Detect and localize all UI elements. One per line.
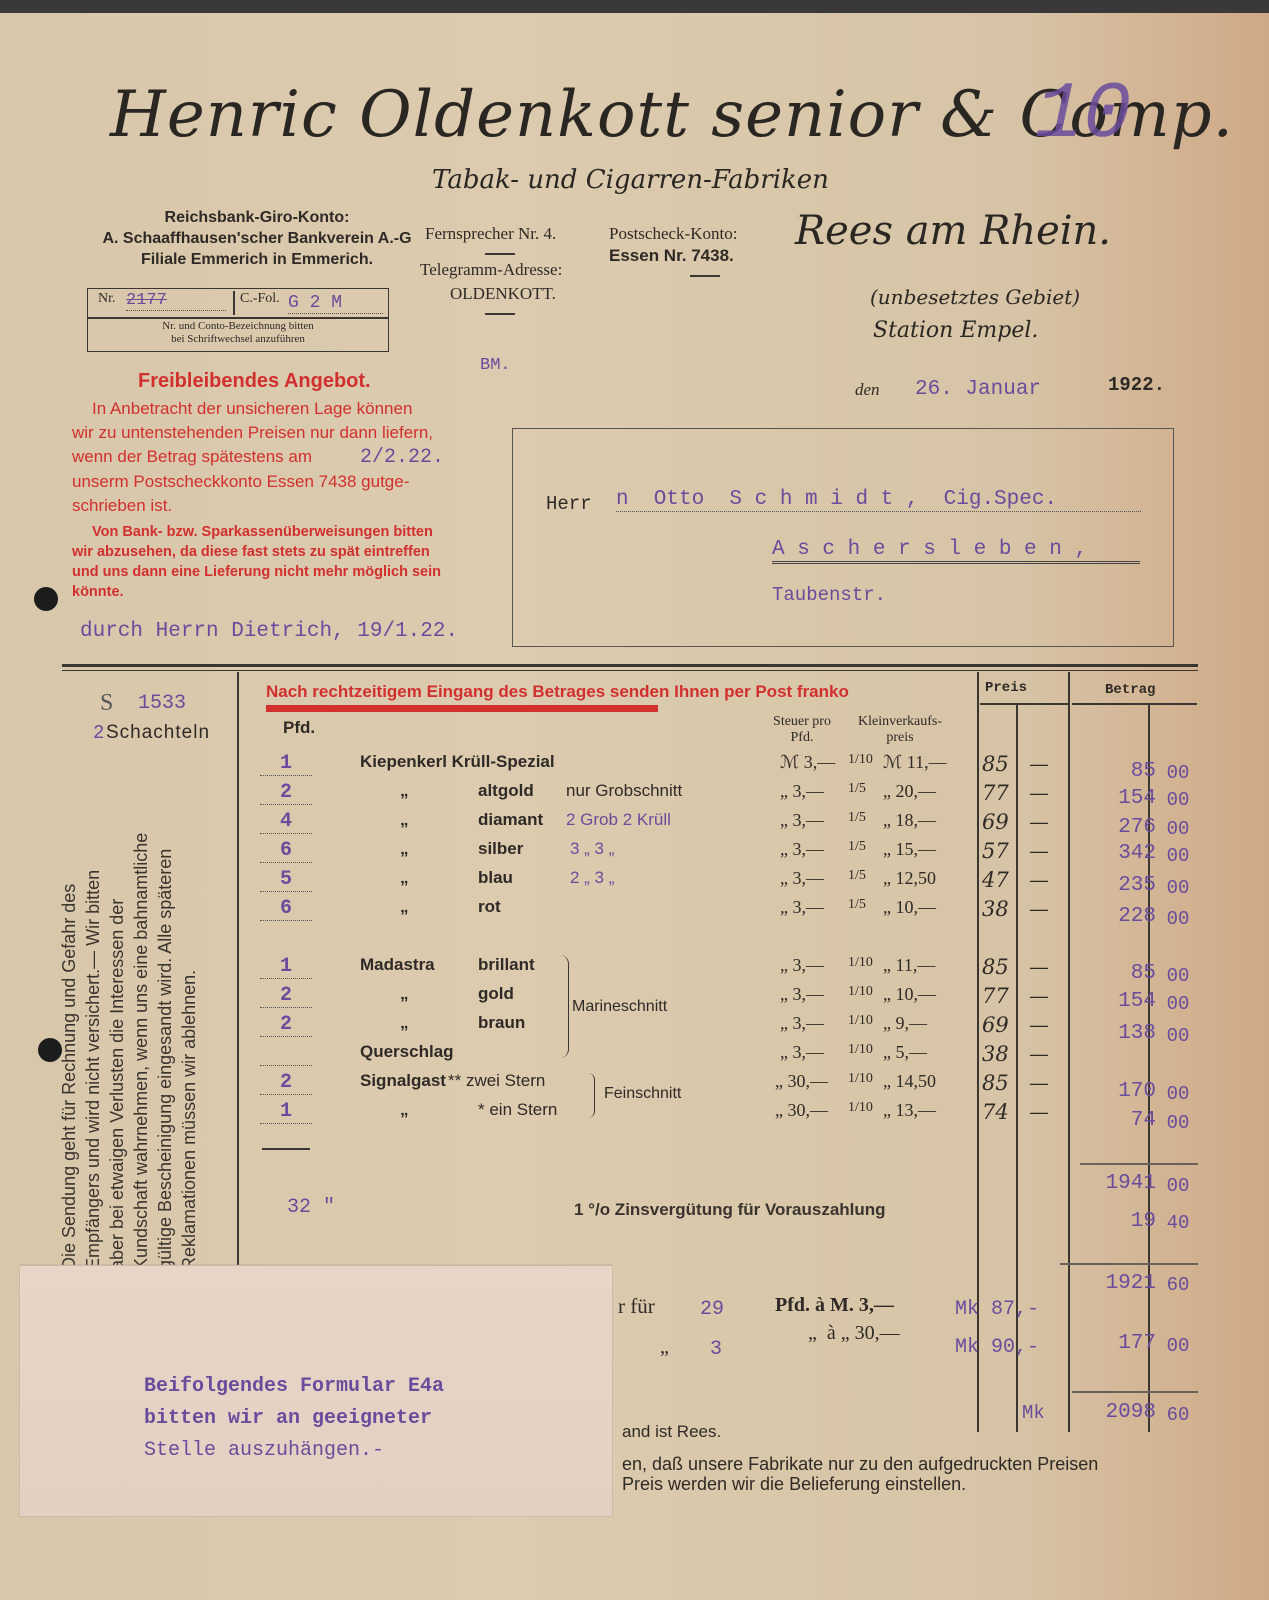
line-amount: 276 <box>1070 816 1156 839</box>
steuer: „ 3,— <box>780 1013 824 1034</box>
variant: brillant <box>478 955 535 975</box>
clerk-initials: BM. <box>480 356 511 375</box>
table-row: 1 „ * ein Stern „ 30,— 1/10 „ 13,— <box>260 1100 980 1126</box>
product: Querschlag <box>360 1042 454 1062</box>
discount-amount: 19 <box>1070 1210 1156 1233</box>
steuer: „ 3,— <box>780 1042 824 1063</box>
ditto: „ <box>400 984 409 1004</box>
line-amount-pf: 00 <box>1156 1083 1200 1105</box>
date-year: 1922. <box>1108 374 1165 396</box>
note-line: Von Bank- bzw. Sparkassenüberweisungen b… <box>72 522 504 542</box>
shipping-terms-sidebar: Die Sendung geht für Rechnung und Gefahr… <box>57 830 202 1270</box>
variant: altgold <box>478 781 534 801</box>
column-divider <box>237 672 239 1272</box>
col-pfd: Pfd. <box>283 718 315 738</box>
pack-size: 1/10 <box>848 1100 873 1116</box>
tax-line2-rate: „ à „ 30,— <box>808 1322 900 1345</box>
retail-price: „ 10,— <box>883 984 936 1005</box>
net-rule <box>1060 1263 1198 1265</box>
price-cents: — <box>1030 783 1050 804</box>
line-amount: 85 <box>1070 962 1156 985</box>
package-label: Schachteln <box>106 722 210 744</box>
unit-price: 74 <box>982 1100 1022 1124</box>
line-amount-pf: 00 <box>1156 762 1200 784</box>
divider <box>485 313 515 315</box>
ditto: „ <box>400 839 409 859</box>
unit-price: 77 <box>982 984 1022 1008</box>
retail-price: „ 5,— <box>883 1042 927 1063</box>
cfol-label: C.-Fol. <box>240 291 280 307</box>
steuer: „ 3,— <box>780 810 824 831</box>
retail-price: „ 13,— <box>883 1100 936 1121</box>
s-number: 1533 <box>138 692 186 715</box>
tax-line1-rate: Pfd. à M. 3,— <box>775 1294 894 1317</box>
bank-info: Reichsbank-Giro-Konto: A. Schaaffhausen'… <box>92 207 422 270</box>
price-cents: — <box>1030 1102 1050 1123</box>
qty-total-rule <box>262 1148 310 1150</box>
telegram-label: Telegramm-Adresse: <box>420 260 562 280</box>
price-cents: — <box>1030 870 1050 891</box>
station: Station Empel. <box>873 318 1038 343</box>
offer-conditions: In Anbetracht der unsicheren Lage können… <box>72 397 504 518</box>
table-top-rule <box>62 664 1198 667</box>
product: Signalgast <box>360 1071 446 1091</box>
ditto: „ <box>400 1100 409 1120</box>
detail: 2 Grob 2 Krüll <box>566 810 671 830</box>
qty: 1 <box>260 955 312 979</box>
col-preis: Preis <box>985 680 1027 696</box>
steuer: „ 3,— <box>780 955 824 976</box>
postcheck-label: Postscheck-Konto: <box>609 224 737 244</box>
line-amount: 342 <box>1070 842 1156 865</box>
table-row: 2 „ braun „ 3,— 1/10 „ 9,— <box>260 1013 980 1039</box>
tax-line2-prefix: „ <box>660 1336 669 1359</box>
note-line: Beifolgendes Formular E4a <box>144 1371 444 1403</box>
recipient-city: A s c h e r s l e b e n , <box>772 538 1140 564</box>
pack-size: 1/5 <box>848 897 866 913</box>
telegram-address: OLDENKOTT. <box>450 284 556 304</box>
col-betrag: Betrag <box>1105 682 1155 698</box>
recipient-name: n Otto S c h m i d t , Cig.Spec. <box>616 488 1141 512</box>
price-cents: — <box>1030 1015 1050 1036</box>
nr-value: 2177 <box>126 291 226 311</box>
table-row: Querschlag „ 3,— 1/10 „ 5,— <box>260 1042 980 1068</box>
unit-price: 77 <box>982 781 1022 805</box>
pack-size: 1/5 <box>848 868 866 884</box>
price-cents: — <box>1030 754 1050 775</box>
unit-price: 57 <box>982 839 1022 863</box>
variant: * ein Stern <box>478 1100 557 1120</box>
table-row: 4 „ diamant 2 Grob 2 Krüll „ 3,— 1/5 „ 1… <box>260 810 980 836</box>
unit-price: 69 <box>982 1013 1022 1037</box>
line-amount: 154 <box>1070 990 1156 1013</box>
variant: blau <box>478 868 513 888</box>
qty: 1 <box>260 752 312 776</box>
note-line: wir abzusehen, da diese fast stets zu sp… <box>72 542 504 562</box>
tax-line1-amount: Mk 87,- <box>955 1298 1039 1321</box>
product: Madastra <box>360 955 435 975</box>
qty: 5 <box>260 868 312 892</box>
line-amount-pf: 00 <box>1156 877 1200 899</box>
product: Kiepenkerl Krüll-Spezial <box>360 752 555 772</box>
line-amount-pf: 00 <box>1156 818 1200 840</box>
table-row: 1 Madastra brillant „ 3,— 1/10 „ 11,— <box>260 955 980 981</box>
footer-line1: and ist Rees. <box>622 1422 721 1442</box>
table-row: 6 „ rot „ 3,— 1/5 „ 10,— <box>260 897 980 923</box>
pack-size: 1/5 <box>848 810 866 826</box>
line-amount-pf: 00 <box>1156 993 1200 1015</box>
instruction-line1: Nr. und Conto-Bezeichnung bitten <box>88 320 388 333</box>
net-pf: 60 <box>1156 1274 1200 1296</box>
divider <box>690 275 720 277</box>
price-cents: — <box>1030 1073 1050 1094</box>
line-amount-pf: 00 <box>1156 789 1200 811</box>
detail: nur Grobschnitt <box>566 781 682 801</box>
tax-total-pf: 00 <box>1156 1335 1200 1357</box>
red-underline <box>266 705 658 712</box>
steuer: „ 3,— <box>780 897 824 918</box>
retail-price: „ 14,50 <box>883 1071 936 1092</box>
scan-border <box>0 0 1269 13</box>
retail-price: ℳ 11,— <box>883 752 947 773</box>
header-rule <box>980 703 1068 705</box>
bank-transfer-note: Von Bank- bzw. Sparkassenüberweisungen b… <box>72 522 504 602</box>
area-note: (unbesetztes Gebiet) <box>870 285 1080 309</box>
recipient-street: Taubenstr. <box>772 584 886 606</box>
unit-price: 85 <box>982 955 1022 979</box>
divider <box>88 317 388 319</box>
date-prefix: den <box>855 380 880 400</box>
note-line: und uns dann eine Lieferung nicht mehr m… <box>72 562 504 582</box>
unit-price: 38 <box>982 1042 1022 1066</box>
city: Rees am Rhein. <box>795 208 1111 254</box>
grand-total-rule <box>1072 1391 1198 1393</box>
tax-line2-qty: 3 <box>710 1338 722 1361</box>
reference-instruction: Nr. und Conto-Bezeichnung bitten bei Sch… <box>88 320 388 346</box>
grand-total-pf: 60 <box>1156 1404 1200 1426</box>
discount-pf: 40 <box>1156 1212 1200 1234</box>
grand-total: 2098 <box>1070 1401 1156 1424</box>
ditto: „ <box>400 781 409 801</box>
pack-size: 1/10 <box>848 1013 873 1029</box>
net-amount: 1921 <box>1070 1272 1156 1295</box>
variant: braun <box>478 1013 525 1033</box>
retail-price: „ 12,50 <box>883 868 936 889</box>
nr-label: Nr. <box>98 291 116 307</box>
package-count: 2 <box>93 722 104 744</box>
ditto: „ <box>400 810 409 830</box>
line-amount: 74 <box>1070 1109 1156 1132</box>
pack-size: 1/5 <box>848 839 866 855</box>
bank-label: Reichsbank-Giro-Konto: <box>92 207 422 228</box>
price-cents: — <box>1030 1044 1050 1065</box>
table-row: 1 Kiepenkerl Krüll-Spezial ℳ 3,— 1/10 ℳ … <box>260 752 980 778</box>
discount-label: 1 °/o Zinsvergütung für Vorauszahlung <box>574 1200 886 1220</box>
price-cents: — <box>1030 899 1050 920</box>
qty: 2 <box>260 1071 312 1095</box>
pack-size: 1/10 <box>848 1071 873 1087</box>
salutation: Herr <box>546 493 592 515</box>
note-line: Stelle auszuhängen.- <box>144 1435 444 1467</box>
header-rule <box>1072 703 1197 705</box>
bank-line1: A. Schaaffhausen'scher Bankverein A.-G <box>92 228 422 249</box>
company-subtitle: Tabak- und Cigarren-Fabriken <box>432 165 829 195</box>
ditto: „ <box>400 897 409 917</box>
footer-line2: en, daß unsere Fabrikate nur zu den aufg… <box>622 1454 1098 1475</box>
variant: rot <box>478 897 501 917</box>
divider <box>485 253 515 255</box>
price-cents: — <box>1030 841 1050 862</box>
retail-price: „ 9,— <box>883 1013 927 1034</box>
detail: 2 „ 3 „ <box>570 868 614 888</box>
offer-line: wir zu untenstehenden Preisen nur dann l… <box>72 421 504 445</box>
tax-line2-amount: Mk 90,- <box>955 1336 1039 1359</box>
column-divider <box>1148 705 1150 1432</box>
divider <box>233 291 235 315</box>
date-day-month: 26. Januar <box>915 378 1041 401</box>
phone: Fernsprecher Nr. 4. <box>425 224 556 244</box>
table-row: 2 „ altgold nur Grobschnitt „ 3,— 1/5 „ … <box>260 781 980 807</box>
col-kleinverkaufspreis: Kleinverkaufs- preis <box>845 714 955 746</box>
variant: silber <box>478 839 523 859</box>
steuer: „ 30,— <box>775 1100 828 1121</box>
pack-size: 1/10 <box>848 752 873 768</box>
variant: gold <box>478 984 514 1004</box>
detail: 3 „ 3 „ <box>570 839 614 859</box>
shipping-terms-text: Die Sendung geht für Rechnung und Gefahr… <box>57 830 201 1270</box>
line-amount-pf: 00 <box>1156 1025 1200 1047</box>
price-cents: — <box>1030 986 1050 1007</box>
qty: 4 <box>260 810 312 834</box>
line-amount: 235 <box>1070 874 1156 897</box>
steuer: „ 3,— <box>780 781 824 802</box>
total-quantity: 32 " <box>287 1196 335 1219</box>
qty: 2 <box>260 984 312 1008</box>
pack-size: 1/10 <box>848 1042 873 1058</box>
variant: ** zwei Stern <box>448 1071 545 1091</box>
note-line: bitten wir an geeigneter <box>144 1403 444 1435</box>
offer-line: schrieben ist. <box>72 494 504 518</box>
brace <box>560 955 569 1058</box>
price-cents: — <box>1030 812 1050 833</box>
subtotal-rule <box>1080 1163 1198 1165</box>
attached-note-text: Beifolgendes Formular E4a bitten wir an … <box>144 1371 444 1467</box>
unit-price: 38 <box>982 897 1022 921</box>
payment-deadline: 2/2.22. <box>360 446 444 469</box>
shipping-note: Nach rechtzeitigem Eingang des Betrages … <box>266 682 849 702</box>
line-amount-pf: 00 <box>1156 1112 1200 1134</box>
steuer: „ 30,— <box>775 1071 828 1092</box>
table-top-rule <box>62 670 1198 671</box>
ditto: „ <box>400 1013 409 1033</box>
unit-price: 85 <box>982 752 1022 776</box>
variant: diamant <box>478 810 543 830</box>
tax-line1-qty: 29 <box>700 1298 724 1321</box>
pack-size: 1/10 <box>848 955 873 971</box>
line-amount: 138 <box>1070 1022 1156 1045</box>
unit-price: 69 <box>982 810 1022 834</box>
postcheck-number: Essen Nr. 7438. <box>609 246 734 266</box>
unit-price: 47 <box>982 868 1022 892</box>
col-steuer: Steuer pro Pfd. <box>772 714 832 746</box>
steuer: „ 3,— <box>780 868 824 889</box>
line-amount: 85 <box>1070 760 1156 783</box>
footer-line3: Preis werden wir die Belieferung einstel… <box>622 1474 966 1495</box>
offer-line-text: wenn der Betrag spätestens am <box>72 447 312 466</box>
subtotal-pf: 00 <box>1156 1175 1200 1197</box>
line-amount-pf: 00 <box>1156 908 1200 930</box>
grand-total-currency: Mk <box>1022 1402 1045 1424</box>
attached-note: Beifolgendes Formular E4a bitten wir an … <box>20 1265 612 1516</box>
bank-line2: Filiale Emmerich in Emmerich. <box>92 249 422 270</box>
offer-line: wenn der Betrag spätestens am2/2.22. <box>72 445 504 470</box>
retail-price: „ 20,— <box>883 781 936 802</box>
line-amount: 154 <box>1070 787 1156 810</box>
qty: 2 <box>260 1013 312 1037</box>
pack-size: 1/5 <box>848 781 866 797</box>
sales-rep: durch Herrn Dietrich, 19/1.22. <box>80 620 458 643</box>
instruction-line2: bei Schriftwechsel anzuführen <box>88 333 388 346</box>
qty: 1 <box>260 1100 312 1124</box>
note-line: könnte. <box>72 582 504 602</box>
offer-title: Freibleibendes Angebot. <box>138 370 371 393</box>
reference-box: Nr. 2177 C.-Fol. G 2 M Nr. und Conto-Bez… <box>87 288 389 352</box>
tax-line1-prefix: r für <box>618 1294 655 1319</box>
unit-price: 85 <box>982 1071 1022 1095</box>
retail-price: „ 11,— <box>883 955 935 976</box>
tax-total: 177 <box>1070 1332 1156 1355</box>
table-row: 6 „ silber 3 „ 3 „ „ 3,— 1/5 „ 15,— <box>260 839 980 865</box>
pack-size: 1/10 <box>848 984 873 1000</box>
brace <box>588 1073 595 1118</box>
retail-price: „ 15,— <box>883 839 936 860</box>
retail-price: „ 10,— <box>883 897 936 918</box>
table-row: 5 „ blau 2 „ 3 „ „ 3,— 1/5 „ 12,50 <box>260 868 980 894</box>
steuer: „ 3,— <box>780 984 824 1005</box>
retail-price: „ 18,— <box>883 810 936 831</box>
column-divider <box>1068 672 1070 1432</box>
qty: 6 <box>260 897 312 921</box>
offer-line: In Anbetracht der unsicheren Lage können <box>72 397 504 421</box>
group-feinschnitt: Feinschnitt <box>604 1085 681 1103</box>
qty: 2 <box>260 781 312 805</box>
offer-line: unserm Postscheckkonto Essen 7438 gutge- <box>72 470 504 494</box>
line-amount: 170 <box>1070 1080 1156 1103</box>
punch-hole <box>34 587 58 611</box>
line-amount-pf: 00 <box>1156 845 1200 867</box>
qty <box>260 1042 312 1066</box>
handwritten-mark: 10 <box>1025 70 1140 161</box>
group-marineschnitt: Marineschnitt <box>572 998 667 1016</box>
line-amount: 228 <box>1070 905 1156 928</box>
ditto: „ <box>400 868 409 888</box>
steuer: ℳ 3,— <box>780 752 835 773</box>
cfol-value: G 2 M <box>288 293 383 314</box>
steuer: „ 3,— <box>780 839 824 860</box>
subtotal: 1941 <box>1070 1172 1156 1195</box>
qty: 6 <box>260 839 312 863</box>
s-label: S <box>100 690 113 717</box>
price-cents: — <box>1030 957 1050 978</box>
line-amount-pf: 00 <box>1156 965 1200 987</box>
